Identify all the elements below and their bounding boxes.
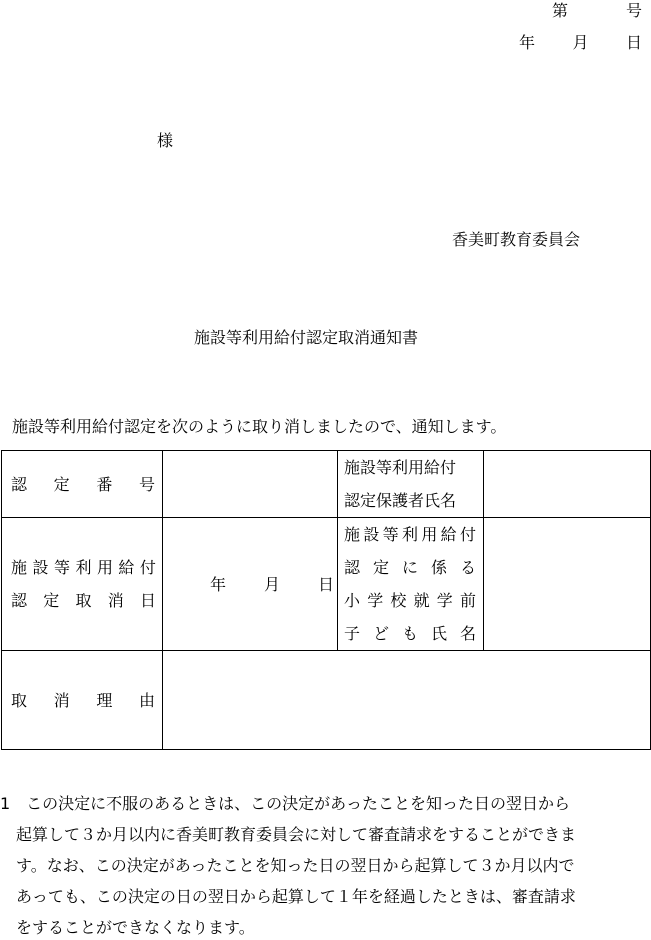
label-char: 用 — [97, 551, 113, 584]
date-year: 年 — [210, 568, 226, 601]
label-char: 認 — [344, 551, 360, 584]
label-char: 等 — [54, 551, 70, 584]
date-day: 日 — [318, 568, 334, 601]
label-char: 定 — [373, 551, 389, 584]
label-line: 認 定 取 消 日 — [11, 584, 156, 617]
label-char: 設 — [32, 551, 48, 584]
document-title: 施設等利用給付認定取消通知書 — [194, 330, 418, 346]
label-char: ど — [373, 617, 389, 650]
label-char: 給 — [441, 518, 457, 551]
table-row: 認 定 番 号 施設等利用給付 認定保護者氏名 — [2, 451, 651, 518]
label-line: 子 ど も 氏 名 — [344, 617, 476, 650]
label-guardian-name: 施設等利用給付 認定保護者氏名 — [338, 451, 484, 518]
label-char: 消 — [108, 584, 124, 617]
label-char: に — [402, 551, 418, 584]
label-char: 認 — [11, 468, 27, 501]
label-char: 施 — [344, 518, 360, 551]
notice-line: あっても、この決定の日の翌日から起算して１年を経過したときは、審査請求 — [0, 881, 651, 912]
label-line: 施 設 等 利 用 給 付 — [11, 551, 156, 584]
label-char: 係 — [431, 551, 447, 584]
label-char: 理 — [96, 684, 112, 717]
label-line: 施 設 等 利 用 給 付 — [344, 518, 476, 551]
label-char: 利 — [402, 518, 418, 551]
label-char: 定 — [54, 468, 70, 501]
label-char: 利 — [75, 551, 91, 584]
table-row: 取 消 理 由 — [2, 651, 651, 750]
label-char: 校 — [390, 584, 406, 617]
label-line: 認 定 に 係 る — [344, 551, 476, 584]
label-char: 学 — [437, 584, 453, 617]
label-char: 用 — [421, 518, 437, 551]
label-line: 施設等利用給付 — [344, 451, 477, 484]
number-prefix: 第 — [552, 3, 568, 19]
date-month: 月 — [572, 35, 588, 51]
label-char: 取 — [11, 684, 27, 717]
label-certification-number: 認 定 番 号 — [2, 451, 163, 518]
notice-line: 起算して３か月以内に香美町教育委員会に対して審査請求をすることができま — [0, 819, 651, 850]
document-number: 第 号 — [552, 3, 642, 19]
label-char: 認 — [11, 584, 27, 617]
label-char: 子 — [344, 617, 360, 650]
appeal-notice: 1 この決定に不服のあるときは、この決定があったことを知った日の翌日から 起算し… — [0, 788, 651, 940]
label-char: 消 — [54, 684, 70, 717]
label-char: 氏 — [431, 617, 447, 650]
label-char: 等 — [383, 518, 399, 551]
label-char: 施 — [11, 551, 27, 584]
field-revocation-date[interactable]: 年 月 日 — [163, 518, 338, 651]
label-char: 号 — [139, 468, 155, 501]
label-line: 認定保護者氏名 — [344, 484, 477, 517]
label-char: も — [402, 617, 418, 650]
label-char: 定 — [43, 584, 59, 617]
field-revocation-reason[interactable] — [163, 651, 651, 750]
label-char: 取 — [75, 584, 91, 617]
number-suffix: 号 — [626, 3, 642, 19]
label-char: 番 — [96, 468, 112, 501]
field-certification-number[interactable] — [163, 451, 338, 518]
notice-line: す。なお、この決定があったことを知った日の翌日から起算して３か月以内で — [0, 850, 651, 881]
label-char: 学 — [367, 584, 383, 617]
label-char: 日 — [140, 584, 156, 617]
field-child-name[interactable] — [484, 518, 651, 651]
label-char: 就 — [414, 584, 430, 617]
field-guardian-name[interactable] — [484, 451, 651, 518]
notice-line: 1 この決定に不服のあるときは、この決定があったことを知った日の翌日から — [0, 788, 651, 819]
label-line: 小 学 校 就 学 前 — [344, 584, 476, 617]
label-char: 付 — [140, 551, 156, 584]
date-month: 月 — [264, 568, 280, 601]
label-char: 前 — [460, 584, 476, 617]
label-char: 給 — [118, 551, 134, 584]
addressee-suffix: 様 — [157, 133, 173, 149]
table-row: 施 設 等 利 用 給 付 認 定 取 消 日 年 — [2, 518, 651, 651]
issue-date: 年 月 日 — [519, 35, 642, 51]
label-char: 設 — [363, 518, 379, 551]
label-char: る — [460, 551, 476, 584]
date-year: 年 — [519, 35, 535, 51]
label-char: 名 — [460, 617, 476, 650]
label-revocation-reason: 取 消 理 由 — [2, 651, 163, 750]
label-char: 付 — [460, 518, 476, 551]
date-day: 日 — [626, 35, 642, 51]
label-char: 小 — [344, 584, 360, 617]
label-char: 由 — [139, 684, 155, 717]
issuer-name: 香美町教育委員会 — [452, 232, 580, 248]
revocation-form-table: 認 定 番 号 施設等利用給付 認定保護者氏名 施 設 等 利 用 — [1, 450, 651, 750]
notice-line: をすることができなくなります。 — [0, 912, 651, 940]
label-revocation-date: 施 設 等 利 用 給 付 認 定 取 消 日 — [2, 518, 163, 651]
intro-text: 施設等利用給付認定を次のように取り消しましたので、通知します。 — [12, 419, 506, 435]
label-child-name: 施 設 等 利 用 給 付 認 定 に 係 る 小 学 — [338, 518, 484, 651]
